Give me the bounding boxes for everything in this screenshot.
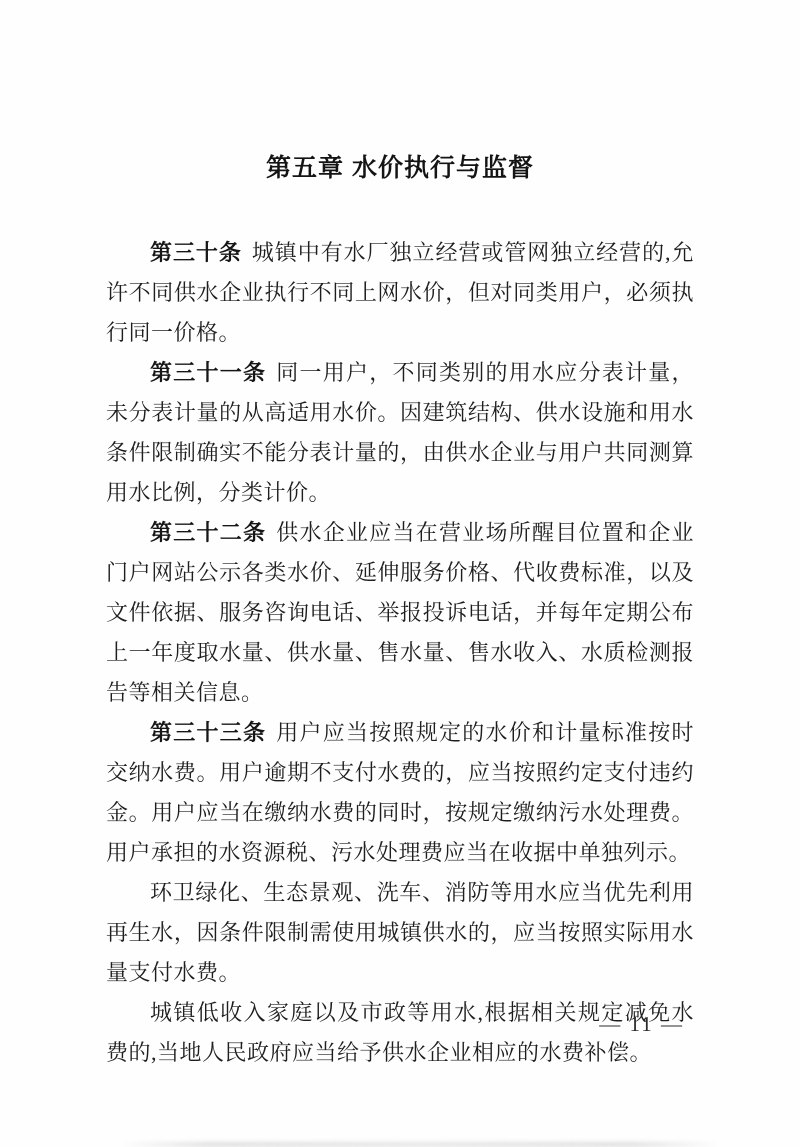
scan-edge-artifact xyxy=(120,1142,720,1147)
reclaimed-water-text: 环卫绿化、生态景观、洗车、消防等用水应当优先利用再生水，因条件限制需使用城镇供水… xyxy=(106,880,694,985)
article-31-number: 第三十一条 xyxy=(150,360,266,385)
document-page: 第五章 水价执行与监督 第三十条城镇中有水厂独立经营或管网独立经营的,允许不同供… xyxy=(0,0,800,1147)
article-32-paragraph: 第三十二条供水企业应当在营业场所醒目位置和企业门户网站公示各类水价、延伸服务价格… xyxy=(106,513,694,713)
chapter-title: 第五章 水价执行与监督 xyxy=(0,153,800,183)
article-33-number: 第三十三条 xyxy=(150,720,266,745)
reclaimed-water-paragraph: 环卫绿化、生态景观、洗车、消防等用水应当优先利用再生水，因条件限制需使用城镇供水… xyxy=(106,873,694,993)
article-32-text: 供水企业应当在营业场所醒目位置和企业门户网站公示各类水价、延伸服务价格、代收费标… xyxy=(106,520,694,705)
article-33-paragraph: 第三十三条用户应当按照规定的水价和计量标准按时交纳水费。用户逾期不支付水费的，应… xyxy=(106,713,694,873)
article-30-paragraph: 第三十条城镇中有水厂独立经营或管网独立经营的,允许不同供水企业执行不同上网水价，… xyxy=(106,233,694,353)
page-number: — 11 — xyxy=(599,1012,684,1037)
article-32-number: 第三十二条 xyxy=(150,520,266,545)
document-body: 第三十条城镇中有水厂独立经营或管网独立经营的,允许不同供水企业执行不同上网水价，… xyxy=(106,233,694,1073)
article-30-number: 第三十条 xyxy=(150,240,242,265)
article-31-paragraph: 第三十一条同一用户，不同类别的用水应分表计量，未分表计量的从高适用水价。因建筑结… xyxy=(106,353,694,513)
